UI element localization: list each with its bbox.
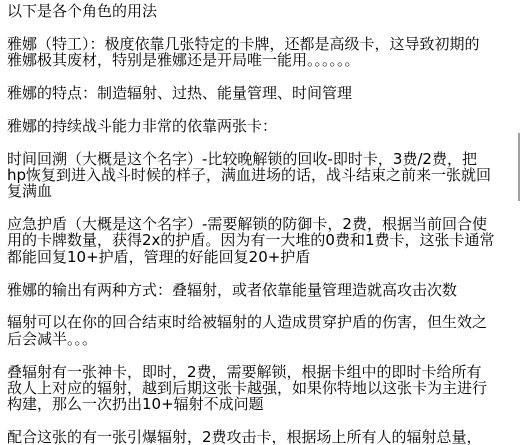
text-line: 应急护盾（大概是这个名字）-需要解锁的防御卡，2费，根据当前回合使 bbox=[7, 216, 517, 232]
text-line: 雅娜的特点：制造辐射、过热、能量管理、时间管理 bbox=[7, 85, 517, 101]
text-line: hp恢复到进入战斗时候的样子，满血进场的话，战斗结束之前来一张就回 bbox=[7, 167, 517, 183]
text-line bbox=[7, 347, 517, 363]
text-line bbox=[7, 413, 517, 429]
text-line: 都能回复10+护盾，管理的好能回复20+护盾 bbox=[7, 249, 517, 265]
text-line: 叠辐射有一张神卡，即时，2费，需要解锁，根据卡组中的即时卡给所有 bbox=[7, 364, 517, 380]
text-line bbox=[7, 200, 517, 216]
text-line: 雅娜极其废材，特别是雅娜还是开局唯一能用。。。。。。 bbox=[7, 52, 517, 68]
text-line: 辐射可以在你的回合结束时给被辐射的人造成贯穿护盾的伤害，但生效之 bbox=[7, 314, 517, 330]
text-line: 后会减半。。。 bbox=[7, 331, 517, 347]
text-line: 构建，那么一次扔出10+辐射不成问题 bbox=[7, 396, 517, 412]
text-line: 雅娜的持续战斗能力非常的依靠两张卡： bbox=[7, 118, 517, 134]
text-line bbox=[7, 69, 517, 85]
text-line bbox=[7, 265, 517, 281]
document-text-area[interactable]: 以下是各个角色的用法 雅娜（特工）：极度依靠几张特定的卡牌，还都是高级卡，这导致… bbox=[7, 3, 517, 445]
text-line bbox=[7, 134, 517, 150]
text-document-viewer: { "page": { "background_color": "#ffffff… bbox=[0, 0, 523, 445]
text-line bbox=[7, 298, 517, 314]
text-line: 雅娜（特工）：极度依靠几张特定的卡牌，还都是高级卡，这导致初期的 bbox=[7, 36, 517, 52]
text-line: 敌人上对应的辐射，越到后期这张卡越强，如果你特地以这张卡为主进行 bbox=[7, 380, 517, 396]
text-line bbox=[7, 19, 517, 35]
text-line: 以下是各个角色的用法 bbox=[7, 3, 517, 19]
vertical-scrollbar-thumb[interactable] bbox=[518, 133, 520, 201]
text-line: 用的卡牌数量，获得2x的护盾。因为有一大堆的0费和1费卡，这张卡通常 bbox=[7, 232, 517, 248]
text-line: 雅娜的输出有两种方式：叠辐射，或者依靠能量管理造就高攻击次数 bbox=[7, 282, 517, 298]
text-line: 复满血 bbox=[7, 183, 517, 199]
text-line: 时间回溯（大概是这个名字）-比较晚解锁的回收-即时卡，3费/2费，把 bbox=[7, 151, 517, 167]
text-line bbox=[7, 101, 517, 117]
text-line: 配合这张的有一张引爆辐射，2费攻击卡，根据场上所有人的辐射总量， bbox=[7, 429, 517, 445]
